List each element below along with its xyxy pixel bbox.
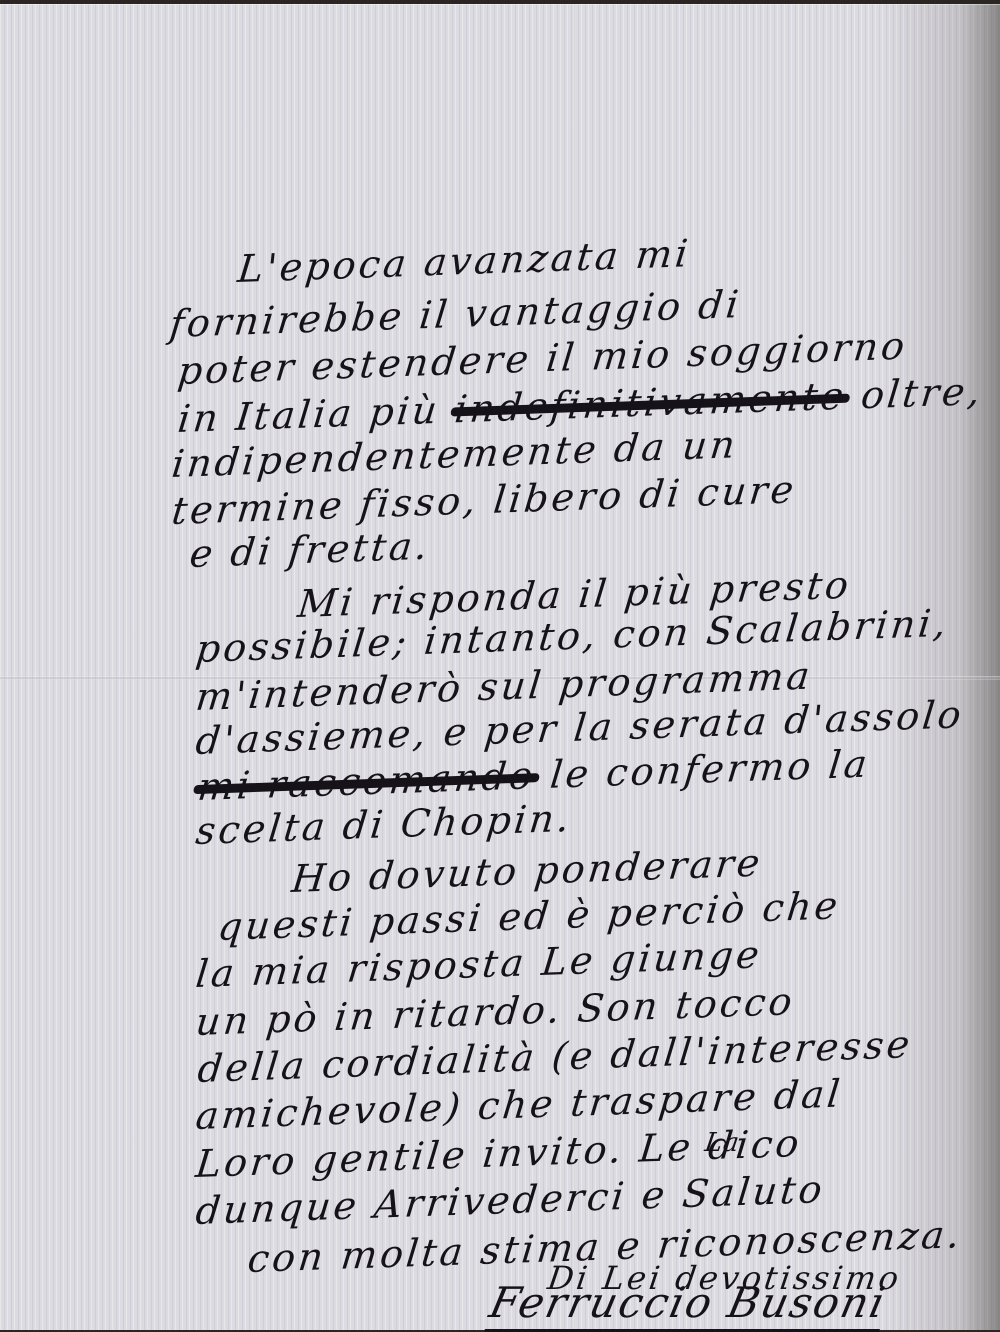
letter-line: scelta di Chopin. [194, 799, 574, 850]
signature: Ferruccio Busoni [484, 1278, 891, 1330]
handwritten-letter: L'epoca avanzata mi fornirebbe il vantag… [0, 0, 1000, 1330]
letter-text: oltre, [844, 369, 985, 418]
letter-text: le confermo la [533, 742, 872, 798]
struck-out-word: indefinitivamente [453, 377, 848, 429]
letter-line: L'epoca avanzata mi [236, 234, 692, 288]
inserted-word: La [703, 1128, 742, 1158]
letter-line: e di fretta. [188, 527, 432, 573]
